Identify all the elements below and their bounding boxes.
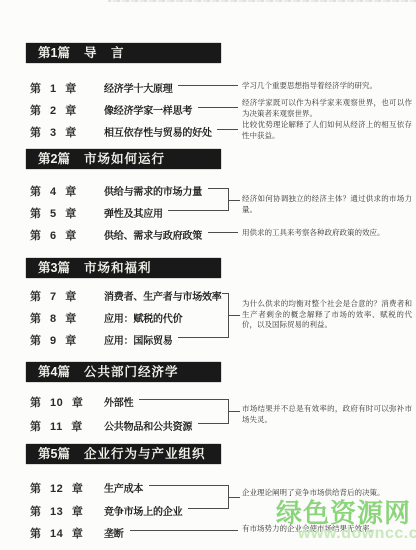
- chapter-title: 竞争市场上的企业: [104, 507, 182, 518]
- chapter-row-10: 第 10 章外部性: [30, 393, 133, 411]
- margin-note: 市场结果并不总是有效率的，政府有时可以弥补市场失灵。: [242, 404, 412, 425]
- chapter-label: 第 8 章: [30, 310, 104, 326]
- chapter-label: 第 10 章: [30, 394, 104, 410]
- part-title: 市场和福利: [84, 261, 152, 275]
- margin-note: 经济如何协调独立的经济主体？通过供求的市场力量。: [242, 194, 412, 215]
- chapter-label: 第 1 章: [30, 80, 104, 96]
- watermark-url: www.downcc.com: [298, 525, 416, 543]
- leader-line: [168, 210, 228, 211]
- leader-line: [198, 107, 238, 108]
- part-banner-4: 第4篇公共部门经济学: [26, 362, 221, 382]
- chapter-title: 供给与需求的市场力量: [104, 187, 202, 198]
- chapter-title: 应用：国际贸易: [104, 336, 173, 347]
- part-number: 第3篇: [38, 261, 70, 275]
- chapter-row-14: 第 14 章垄断: [30, 524, 124, 542]
- part-title: 企业行为与产业组织: [84, 447, 206, 461]
- chapter-row-12: 第 12 章生产成本: [30, 479, 143, 497]
- leader-line: [149, 485, 228, 486]
- bracket-stub: [228, 200, 240, 201]
- margin-note: 用供求的工具来考察各种政府政策的效应。: [242, 228, 412, 239]
- chapter-label: 第 7 章: [30, 288, 104, 304]
- chapter-row-6: 第 6 章供给、需求与政府政策: [30, 226, 202, 244]
- watermark-site-name: 绿色资源网: [276, 500, 416, 527]
- part-banner-5: 第5篇企业行为与产业组织: [26, 444, 221, 464]
- leader-line: [198, 423, 228, 424]
- margin-note: 企业理论阐明了竞争市场供给背后的决策。: [242, 488, 412, 499]
- chapter-row-8: 第 8 章应用：赋税的代价: [30, 309, 182, 327]
- part-title: 公共部门经济学: [84, 365, 179, 379]
- chapter-label: 第 13 章: [30, 503, 104, 519]
- bracket-stub: [228, 497, 240, 498]
- chapter-title: 公共物品和公共资源: [104, 422, 192, 433]
- leader-line: [217, 129, 238, 130]
- leader-line: [130, 530, 238, 531]
- leader-line: [139, 399, 228, 400]
- part-number: 第1篇: [38, 46, 70, 60]
- chapter-row-5: 第 5 章弹性及其应用: [30, 204, 163, 222]
- chapter-label: 第 6 章: [30, 227, 104, 243]
- bracket-stub: [228, 411, 240, 412]
- chapter-row-1: 第 1 章经济学十大原理: [30, 79, 173, 97]
- part-banner-3: 第3篇市场和福利: [26, 258, 221, 278]
- margin-note: 经济学家既可以作为科学家来观察世界，也可以作为决策者来观察世界。: [242, 98, 412, 119]
- margin-note: 比较优势理论解释了人们如何从经济上的相互依存性中获益。: [242, 120, 412, 141]
- leader-line: [178, 85, 238, 86]
- scan-edge-noise: [108, 0, 416, 2]
- chapter-row-13: 第 13 章竞争市场上的企业: [30, 502, 182, 520]
- chapter-row-7: 第 7 章消费者、生产者与市场效率: [30, 287, 222, 305]
- margin-note: 学习几个重要思想指导着经济学的研究。: [242, 81, 412, 92]
- chapter-title: 供给、需求与政府政策: [104, 231, 202, 242]
- chapter-label: 第 11 章: [30, 418, 104, 434]
- chapter-row-3: 第 3 章相互依存性与贸易的好处: [30, 123, 212, 141]
- part-number: 第4篇: [38, 365, 70, 379]
- chapter-title: 垄断: [104, 529, 124, 540]
- bracket-stub: [228, 315, 240, 316]
- part-number: 第2篇: [38, 152, 70, 166]
- part-number: 第5篇: [38, 447, 70, 461]
- leader-line: [178, 337, 228, 338]
- leader-line: [208, 188, 228, 189]
- chapter-label: 第 2 章: [30, 102, 104, 118]
- leader-line: [208, 232, 238, 233]
- chapter-title: 经济学十大原理: [104, 84, 173, 95]
- chapter-title: 应用：赋税的代价: [104, 314, 182, 325]
- part-banner-1: 第1篇导 言: [26, 43, 221, 63]
- chapter-title: 消费者、生产者与市场效率: [104, 292, 222, 303]
- part-banner-2: 第2篇市场如何运行: [26, 149, 221, 169]
- chapter-row-4: 第 4 章供给与需求的市场力量: [30, 182, 202, 200]
- chapter-row-2: 第 2 章像经济学家一样思考: [30, 101, 192, 119]
- part-title: 导 言: [84, 46, 125, 60]
- watermark: 绿色资源网 www.downcc.com: [276, 500, 416, 543]
- chapter-label: 第 5 章: [30, 205, 104, 221]
- chapter-title: 外部性: [104, 398, 133, 409]
- toc-page: 第1篇导 言 第 1 章经济学十大原理 第 2 章像经济学家一样思考 第 3 章…: [0, 0, 416, 550]
- chapter-title: 像经济学家一样思考: [104, 106, 192, 117]
- chapter-label: 第 14 章: [30, 525, 104, 541]
- margin-note: 为什么供求的均衡对整个社会是合意的？消费者和生产者剩余的概念解释了市场的效率、赋…: [242, 299, 412, 331]
- chapter-title: 弹性及其应用: [104, 209, 163, 220]
- chapter-label: 第 3 章: [30, 124, 104, 140]
- chapter-title: 生产成本: [104, 484, 143, 495]
- chapter-row-11: 第 11 章公共物品和公共资源: [30, 417, 192, 435]
- leader-line: [188, 508, 228, 509]
- part-title: 市场如何运行: [84, 152, 165, 166]
- chapter-label: 第 9 章: [30, 332, 104, 348]
- chapter-label: 第 12 章: [30, 480, 104, 496]
- chapter-label: 第 4 章: [30, 183, 104, 199]
- chapter-row-9: 第 9 章应用：国际贸易: [30, 331, 173, 349]
- chapter-title: 相互依存性与贸易的好处: [104, 128, 212, 139]
